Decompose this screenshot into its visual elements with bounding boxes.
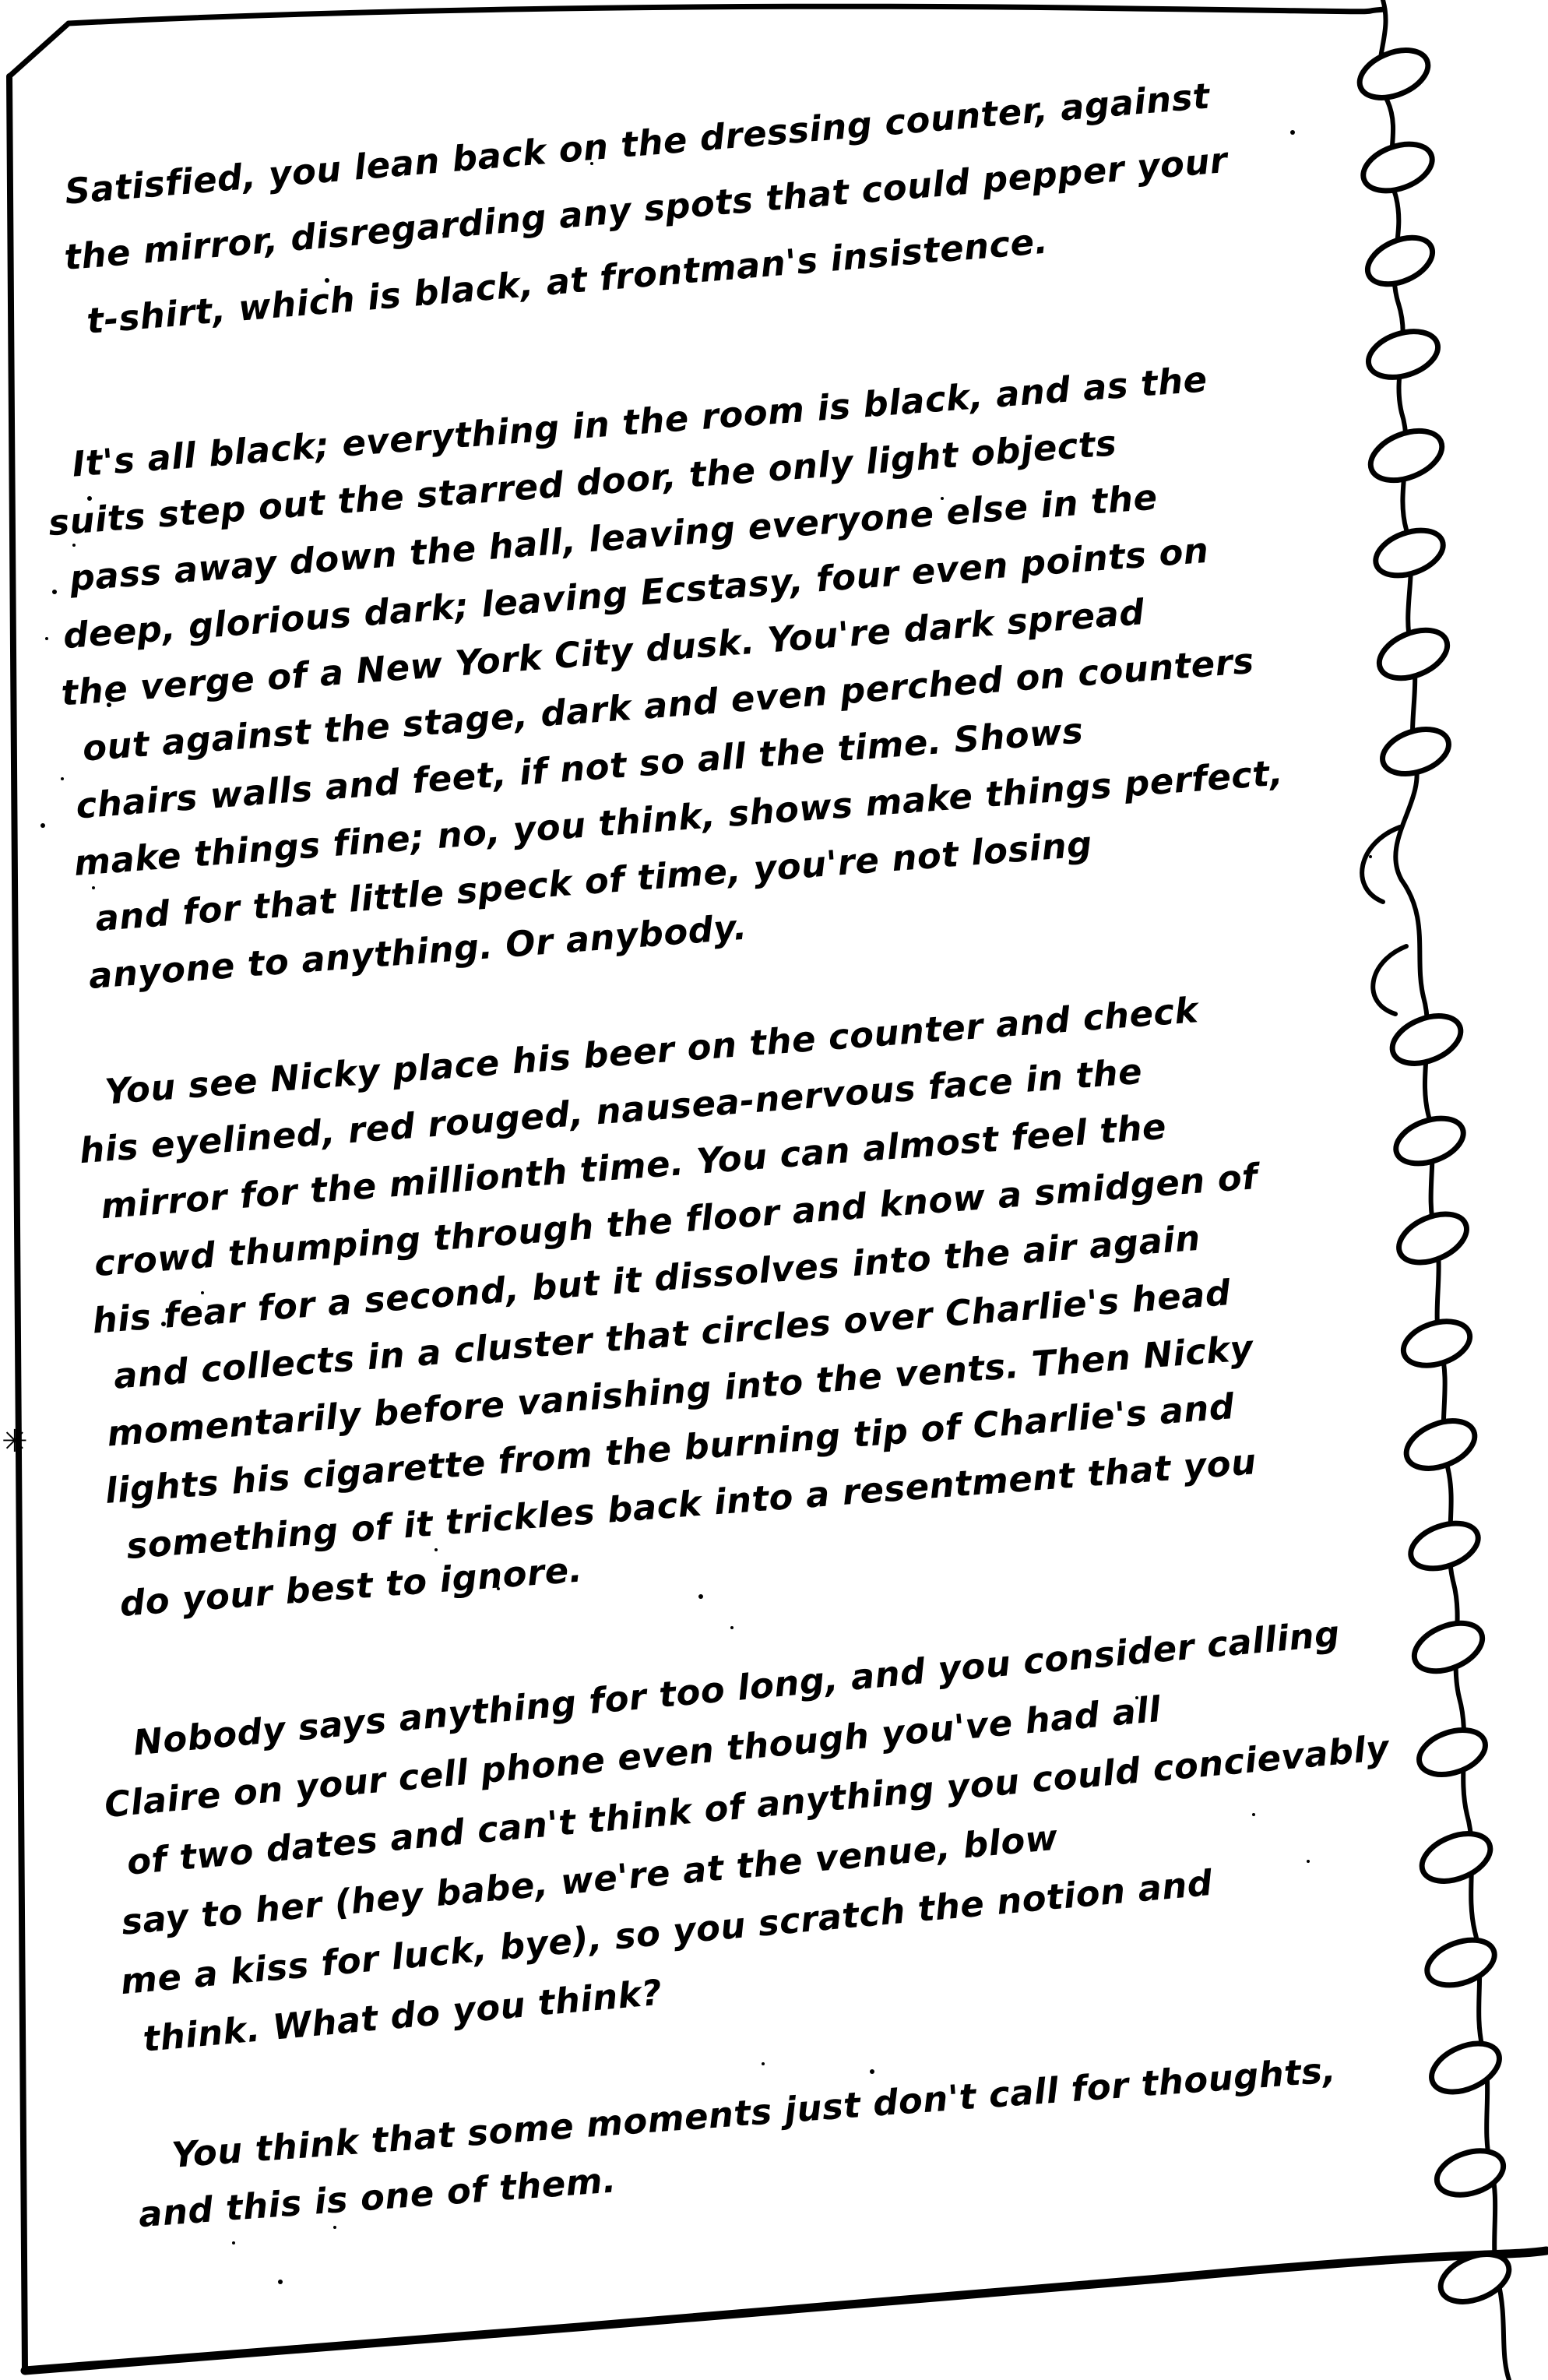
handwritten-paragraph-1: Satisfied, you lean back on the dressing…	[62, 62, 1236, 355]
torn-edge-line	[1380, 0, 1509, 2380]
top-left-corner-line	[9, 23, 69, 76]
top-border-line	[69, 6, 1384, 23]
torn-curl	[1373, 946, 1406, 1014]
stray-ink-star-mark: ✳	[2, 1424, 28, 1459]
left-border-line	[9, 76, 25, 2371]
torn-curl	[1362, 827, 1400, 902]
handwritten-paragraph-2: It's all black; everything in the room i…	[48, 347, 1293, 1005]
notebook-page: ✳ Satisfied, you lean back on the dressi…	[0, 0, 1548, 2380]
bottom-border-line	[25, 2251, 1546, 2371]
spiral-hole-loops	[1353, 41, 1516, 2311]
handwritten-paragraph-3: You see Nicky place his beer on the coun…	[79, 978, 1285, 1632]
handwritten-paragraph-4: Nobody says anything for too long, and y…	[103, 1600, 1408, 2070]
handwritten-paragraph-5: You think that some moments just don't c…	[139, 2041, 1342, 2242]
